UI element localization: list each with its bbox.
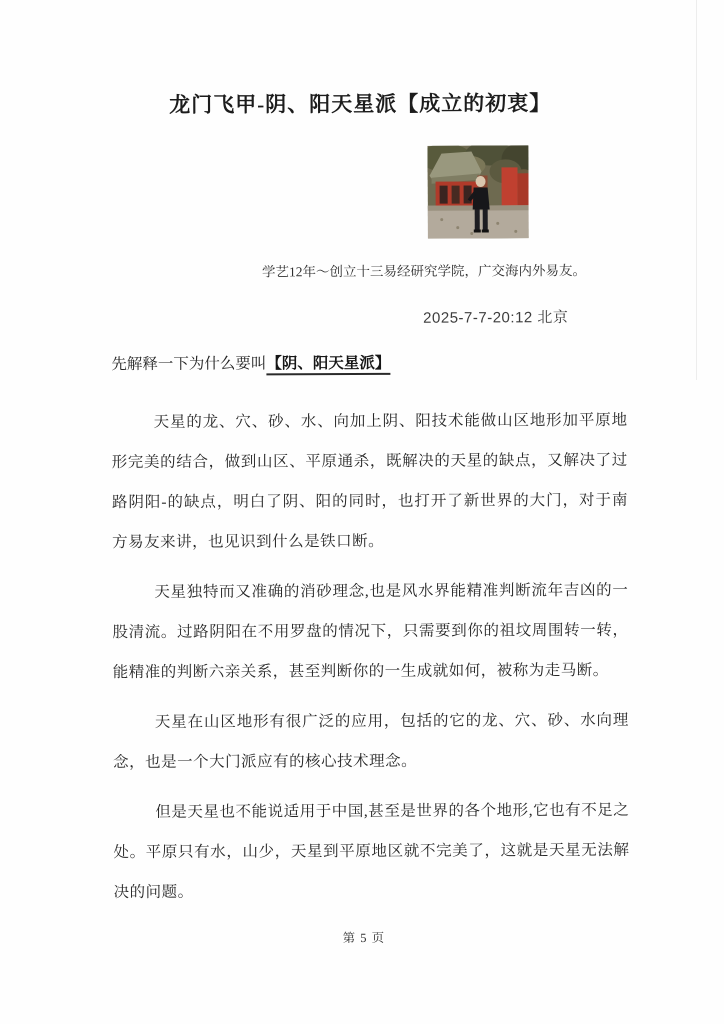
intro-prefix: 先解释一下为什么要叫	[111, 355, 266, 373]
author-photo	[427, 145, 528, 238]
paragraph-4: 但是天星也不能说适用于中国,甚至是世界的各个地形,它也有不足之处。平原只有水，山…	[113, 791, 630, 913]
paragraph-1: 天星的龙、穴、砂、水、向加上阴、阳技术能做山区地形加平原地形完美的结合，做到山区…	[112, 401, 629, 563]
scanned-document-page: 龙门飞甲-阴、阳天星派【成立的初衷】	[0, 0, 724, 1024]
page-number: 第 5 页	[2, 926, 724, 947]
dateline-location: 北京	[537, 310, 568, 326]
paragraph-2: 天星独特而又准确的消砂理念,也是风水界能精准判断流年吉凶的一股清流。过路阴阳在不…	[112, 571, 629, 693]
dateline-datetime: 2025-7-7-20:12	[423, 309, 533, 326]
intro-highlight: 【阴、阳天星派】	[266, 355, 390, 376]
photo-caption: 学艺12年～创立十三易经研究学院，广交海内外易友。	[262, 259, 586, 280]
intro-line: 先解释一下为什么要叫【阴、阳天星派】	[111, 349, 627, 379]
dateline: 2025-7-7-20:12 北京	[423, 306, 568, 328]
page-title: 龙门飞甲-阴、阳天星派【成立的初衷】	[0, 86, 722, 119]
paragraph-3: 天星在山区地形有很广泛的应用，包括的它的龙、穴、砂、水向理念，也是一个大门派应有…	[113, 701, 629, 783]
body-text: 先解释一下为什么要叫【阴、阳天星派】 天星的龙、穴、砂、水、向加上阴、阳技术能做…	[111, 349, 629, 923]
author-photo-image	[427, 145, 528, 238]
